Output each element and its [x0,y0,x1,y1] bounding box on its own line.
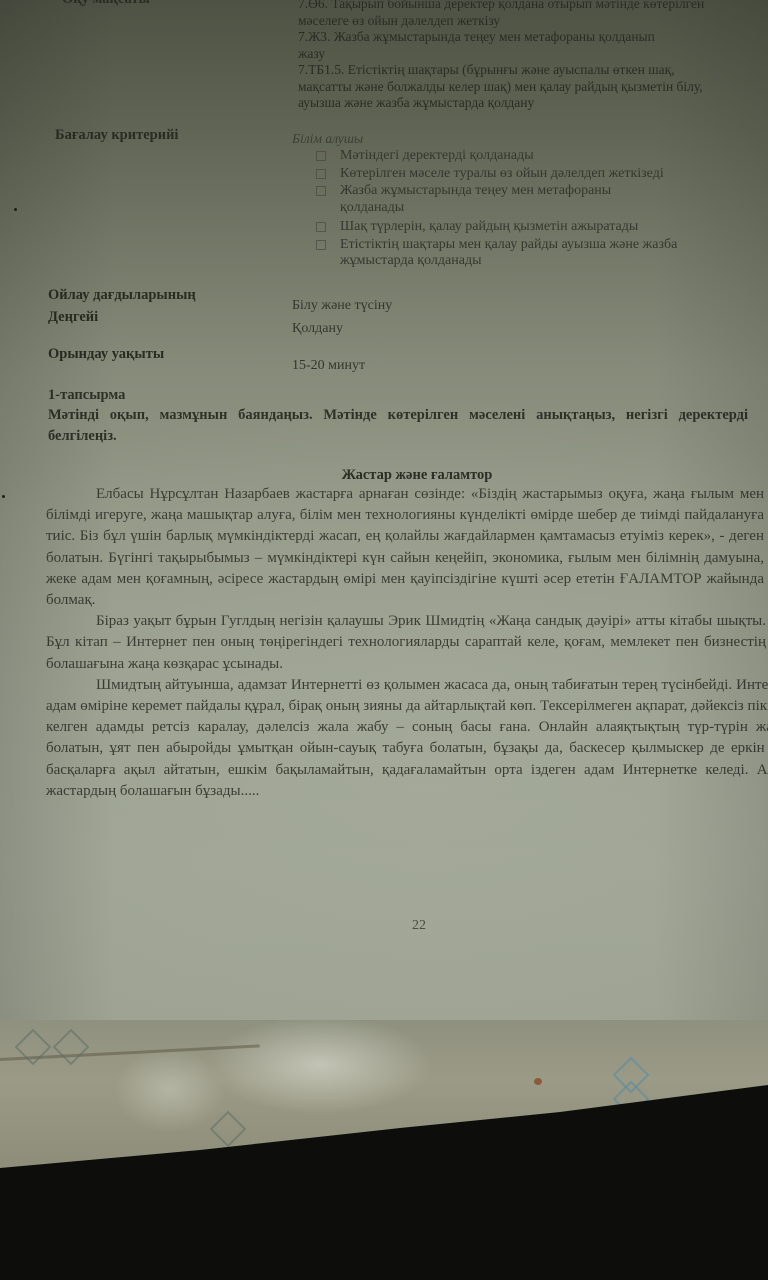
objectives-list: 7.Ө6. Тақырып бойынша деректер қолдана о… [298,0,728,112]
objective-item: 7.Ж3. Жазба жұмыстарында теңеу мен метаф… [298,29,658,62]
task-instruction: Мәтінді оқып, мазмұнын баяндаңыз. Мәтінд… [48,405,748,447]
article-title: Жастар және ғаламтор [46,466,768,484]
criteria-item: Мәтіндегі деректерді қолданады [316,148,742,165]
paper-sheet: Оқу мақсаты 7.Ө6. Тақырып бойынша дерект… [0,0,768,1030]
checkbox-icon [316,169,326,179]
criteria-list: Мәтіндегі деректерді қолданады Көтерілге… [292,148,742,270]
criteria-block: Білім алушы Мәтіндегі деректерді қолдана… [292,130,742,271]
task-block: 1-тапсырма Мәтінді оқып, мазмұнын баянда… [48,386,748,447]
criteria-item: Көтерілген мәселе туралы өз ойын дәлелде… [316,166,742,183]
checkbox-icon [316,222,326,232]
checkbox-icon [316,186,326,196]
objective-item: 7.ТБ1.5. Етістіктің шақтары (бұрынғы жән… [298,62,728,112]
skills-values: Білу және түсіну Қолдану [292,297,392,337]
objective-item: 7.Ө6. Тақырып бойынша деректер қолдана о… [298,0,728,29]
time-value: 15-20 минут [292,357,365,374]
objectives-label: Оқу мақсаты [62,0,150,8]
checkbox-icon [316,151,326,161]
criteria-heading: Білім алушы [292,130,742,147]
time-label: Орындау уақыты [48,345,164,363]
speck [2,495,5,498]
article: Жастар және ғаламтор Елбасы Нұрсұлтан На… [46,466,768,802]
task-title: 1-тапсырма [48,386,748,405]
checkbox-icon [316,240,326,250]
criteria-item: Жазба жұмыстарында теңеу мен метафораны … [316,183,670,216]
criteria-label: Бағалау критерийі [55,126,178,144]
criteria-item: Етістіктің шақтары мен қалау райды ауызш… [316,237,700,270]
cloth-pattern-diamond [210,1111,247,1148]
cloth-pattern-diamond [53,1029,90,1066]
photo-of-printed-page: Оқу мақсаты 7.Ө6. Тақырып бойынша дерект… [0,0,768,1280]
criteria-item: Шақ түрлерін, қалау райдың қызметін ажыр… [316,219,742,236]
article-paragraph: Шмидтың айтуынша, адамзат Интернетті өз … [46,675,768,802]
skills-label: Ойлау дағдыларының Деңгейі [48,286,196,326]
speck [14,208,17,211]
cloth-stain [534,1078,542,1085]
article-paragraph: Біраз уақыт бұрын Гуглдың негізін қалауш… [46,611,766,675]
article-paragraph: Елбасы Нұрсұлтан Назарбаев жастарға арна… [46,484,764,611]
page-number: 22 [412,918,426,934]
